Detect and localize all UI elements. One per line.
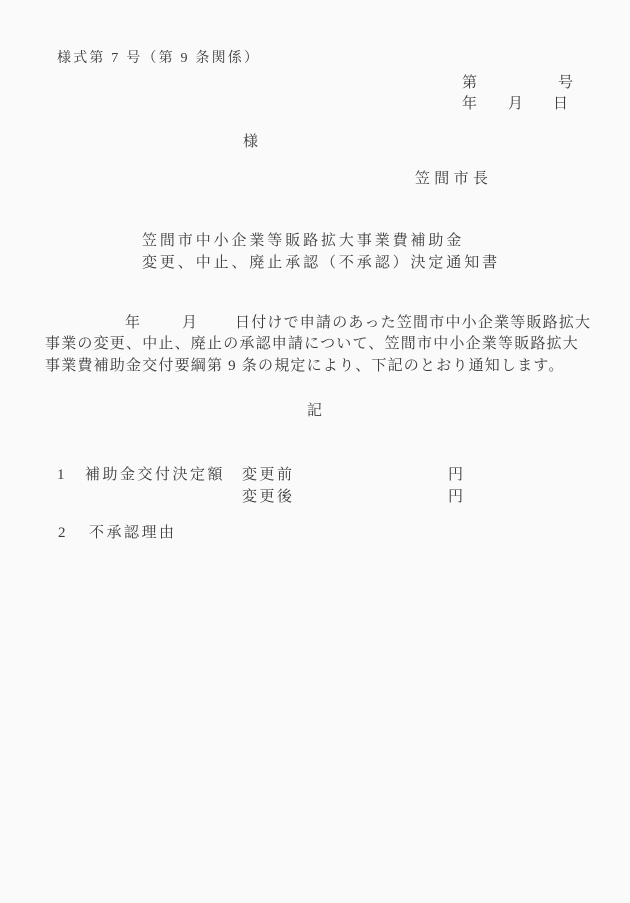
- body-paragraph-line3: 事業費補助金交付要綱第 9 条の規定により、下記のとおり通知します。: [45, 358, 565, 375]
- item1-row1-label: 変更前: [242, 467, 295, 484]
- record-marker-label: 記: [307, 403, 322, 420]
- issue-date-year-label: 年: [462, 96, 477, 113]
- doc-number-prefix-label: 第: [462, 75, 477, 92]
- doc-title-line2: 変更、中止、廃止承認（不承認）決定通知書: [142, 255, 500, 272]
- document-page: 様式第 7 号（第 9 条関係） 第 号 年 月 日 様 笠間市長 笠間市中小企…: [0, 0, 630, 903]
- item1-row2-unit: 円: [448, 489, 463, 506]
- item1-row2-label: 変更後: [242, 489, 295, 506]
- item1-label: 補助金交付決定額: [85, 467, 225, 484]
- doc-title-line1: 笠間市中小企業等販路拡大事業費補助金: [142, 233, 464, 250]
- body-date-year-label: 年: [125, 315, 141, 332]
- item1-number: 1: [57, 467, 65, 484]
- issue-date-day-label: 日: [553, 96, 568, 113]
- form-number-label: 様式第 7 号（第 9 条関係）: [57, 51, 260, 67]
- item2-number: 2: [58, 525, 66, 542]
- item1-row1-unit: 円: [448, 467, 463, 484]
- item2-label: 不承認理由: [89, 525, 177, 542]
- body-date-month-label: 月: [182, 315, 198, 332]
- doc-number-suffix-label: 号: [558, 75, 573, 92]
- body-paragraph-line2: 事業の変更、中止、廃止の承認申請について、笠間市中小企業等販路拡大: [45, 336, 579, 353]
- sender-title-label: 笠間市長: [415, 171, 492, 188]
- body-paragraph-line1: 日付けで申請のあった笠間市中小企業等販路拡大: [235, 315, 591, 332]
- addressee-honorific-label: 様: [243, 134, 258, 151]
- issue-date-month-label: 月: [508, 96, 523, 113]
